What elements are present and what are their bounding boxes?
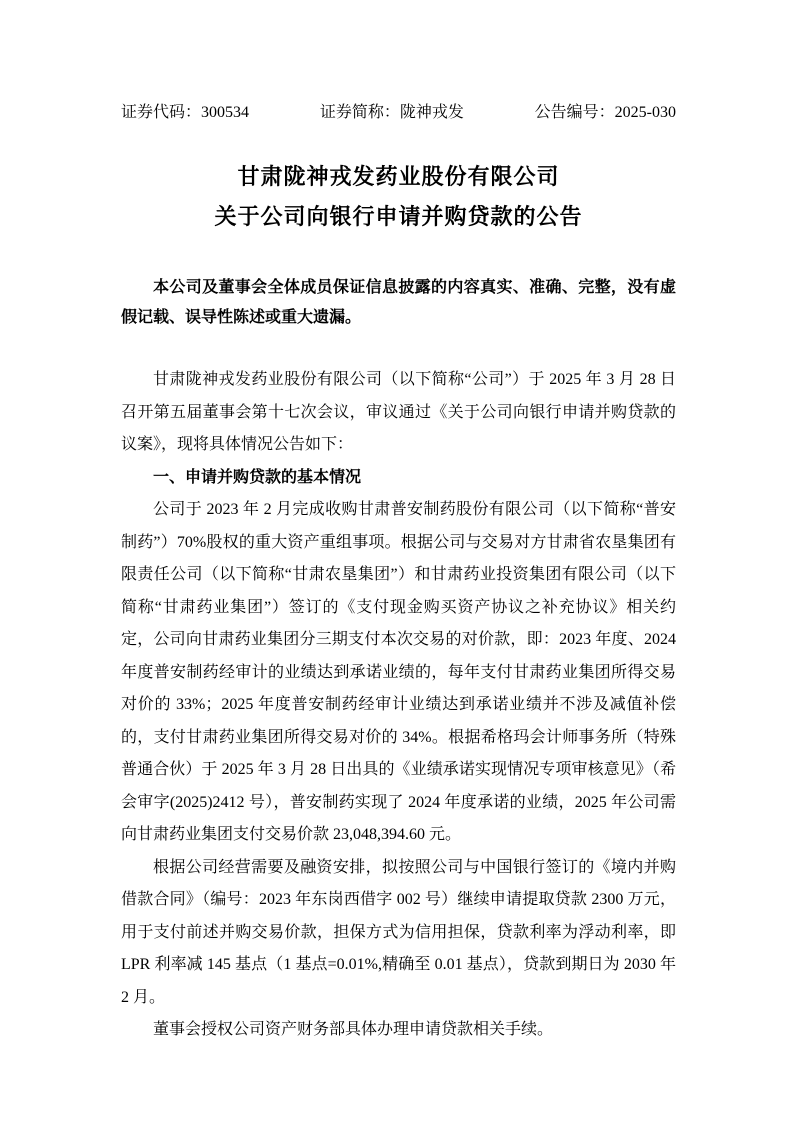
title-company-name: 甘肃陇神戎发药业股份有限公司 xyxy=(121,157,676,197)
document-body: 甘肃陇神戎发药业股份有限公司（以下简称“公司”）于 2025 年 3 月 28 … xyxy=(121,364,676,1047)
stock-code-label: 证券代码：300534 xyxy=(121,103,249,123)
loan-detail-paragraph: 根据公司经营需要及融资安排，拟按照公司与中国银行签订的《境内并购借款合同》（编号… xyxy=(121,852,676,1015)
document-title: 甘肃陇神戎发药业股份有限公司 关于公司向银行申请并购贷款的公告 xyxy=(121,157,676,237)
acquisition-detail-paragraph: 公司于 2023 年 2 月完成收购甘肃普安制药股份有限公司（以下简称“普安制药… xyxy=(121,494,676,852)
announcement-number-label: 公告编号：2025-030 xyxy=(535,103,676,123)
announcement-page: 证券代码：300534 证券简称：陇神戎发 公告编号：2025-030 甘肃陇神… xyxy=(0,0,794,1122)
title-subject: 关于公司向银行申请并购贷款的公告 xyxy=(121,197,676,237)
stock-abbr-label: 证券简称：陇神戎发 xyxy=(320,103,464,123)
authorization-paragraph: 董事会授权公司资产财务部具体办理申请贷款相关手续。 xyxy=(121,1014,676,1047)
page-content: 证券代码：300534 证券简称：陇神戎发 公告编号：2025-030 甘肃陇神… xyxy=(0,0,794,1047)
securities-header-row: 证券代码：300534 证券简称：陇神戎发 公告编号：2025-030 xyxy=(121,103,676,123)
intro-paragraph: 甘肃陇神戎发药业股份有限公司（以下简称“公司”）于 2025 年 3 月 28 … xyxy=(121,364,676,462)
board-disclaimer-paragraph: 本公司及董事会全体成员保证信息披露的内容真实、准确、完整，没有虚假记载、误导性陈… xyxy=(121,273,676,333)
section1-heading: 一、申请并购贷款的基本情况 xyxy=(121,462,676,495)
